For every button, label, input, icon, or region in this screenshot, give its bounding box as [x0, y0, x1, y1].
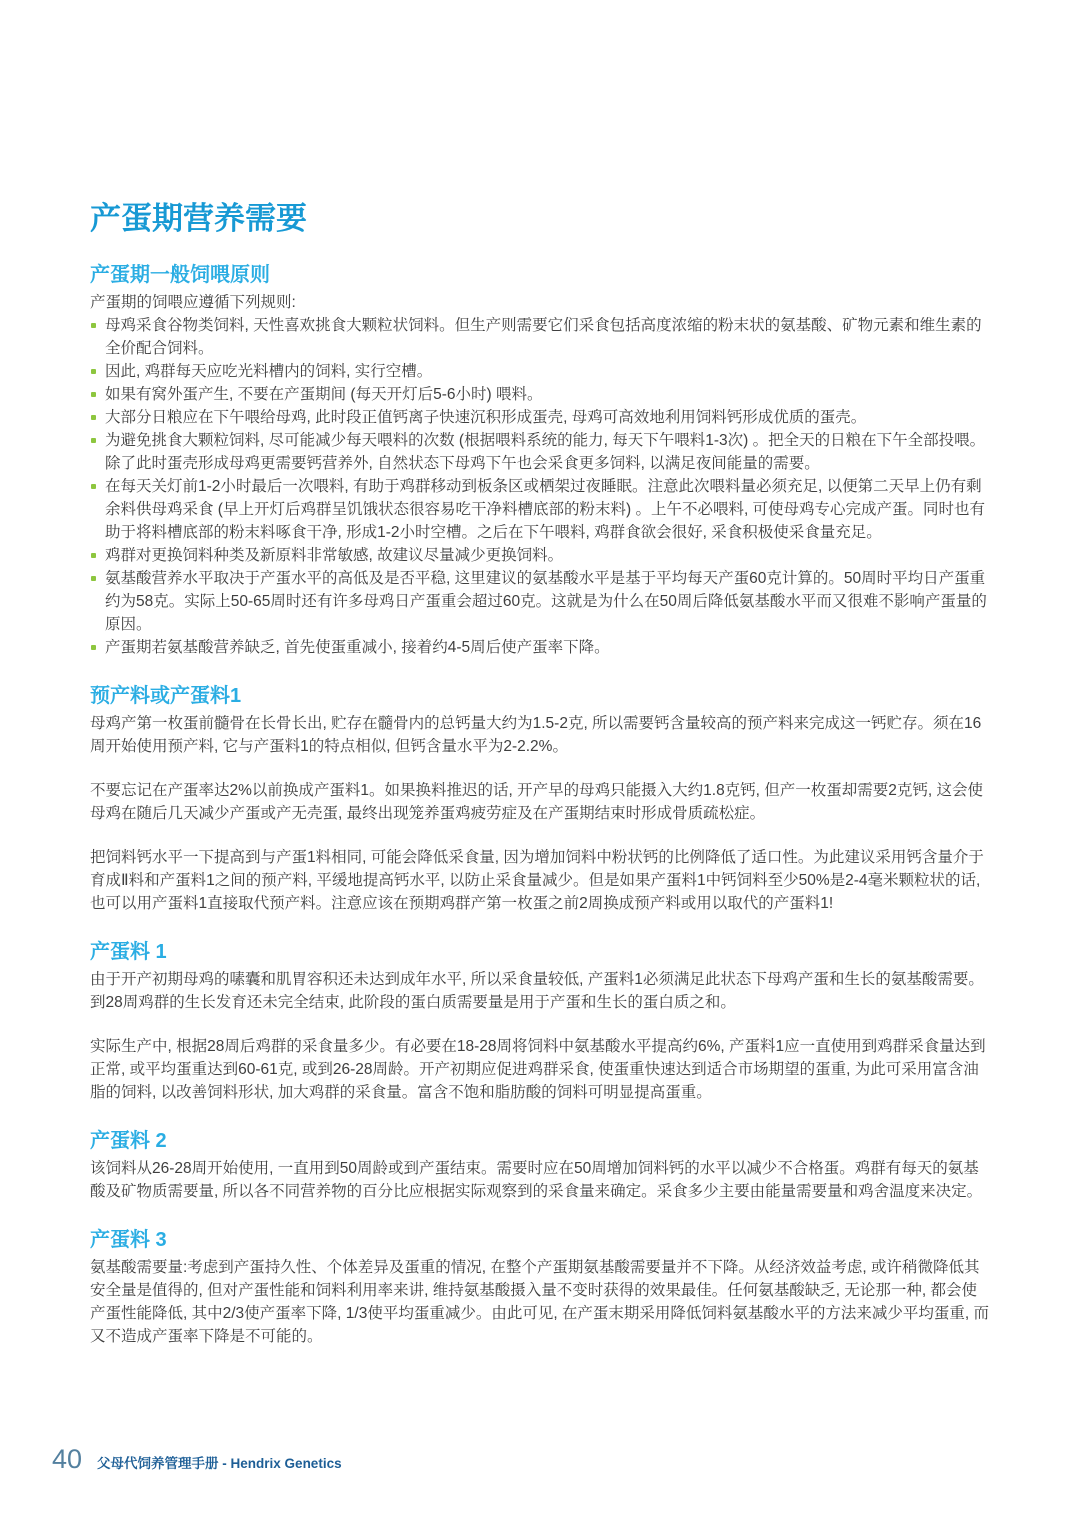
- list-item: 母鸡采食谷物类饲料, 天性喜欢挑食大颗粒状饲料。但生产则需要它们采食包括高度浓缩…: [90, 314, 990, 360]
- list-item-text: 因此, 鸡群每天应吃光料槽内的饲料, 实行空槽。: [105, 363, 432, 380]
- section-heading-layer-feed-3: 产蛋料 3: [90, 1228, 990, 1253]
- paragraph: 实际生产中, 根据28周后鸡群的采食量多少。有必要在18-28周将饲料中氨基酸水…: [90, 1035, 990, 1104]
- bullet-icon: [91, 576, 96, 581]
- section-heading-general-feeding: 产蛋期一般饲喂原则: [90, 263, 990, 288]
- page-content: 产蛋期营养需要 产蛋期一般饲喂原则 产蛋期的饲喂应遵循下列规则: 母鸡采食谷物类…: [90, 200, 990, 1369]
- bullet-icon: [91, 323, 96, 328]
- section-layer-feed-3: 产蛋料 3 氨基酸需要量:考虑到产蛋持久性、个体差异及蛋重的情况, 在整个产蛋期…: [90, 1228, 990, 1348]
- list-item-text: 氨基酸营养水平取决于产蛋水平的高低及是否平稳, 这里建议的氨基酸水平是基于平均每…: [105, 570, 987, 633]
- list-item: 为避免挑食大颗粒饲料, 尽可能减少每天喂料的次数 (根据喂料系统的能力, 每天下…: [90, 429, 990, 475]
- list-item-text: 在每天关灯前1-2小时最后一次喂料, 有助于鸡群移动到板条区或栖架过夜睡眠。注意…: [105, 478, 985, 541]
- section-general-feeding-principles: 产蛋期一般饲喂原则 产蛋期的饲喂应遵循下列规则: 母鸡采食谷物类饲料, 天性喜欢…: [90, 263, 990, 659]
- bullet-icon: [91, 438, 96, 443]
- page-number: 40: [52, 1444, 82, 1475]
- feeding-rules-list: 母鸡采食谷物类饲料, 天性喜欢挑食大颗粒状饲料。但生产则需要它们采食包括高度浓缩…: [90, 314, 990, 659]
- list-item-text: 鸡群对更换饲料种类及新原料非常敏感, 故建议尽量减少更换饲料。: [105, 547, 563, 564]
- paragraph: 氨基酸需要量:考虑到产蛋持久性、个体差异及蛋重的情况, 在整个产蛋期氨基酸需要量…: [90, 1256, 990, 1348]
- list-item: 鸡群对更换饲料种类及新原料非常敏感, 故建议尽量减少更换饲料。: [90, 544, 990, 567]
- list-item-text: 母鸡采食谷物类饲料, 天性喜欢挑食大颗粒状饲料。但生产则需要它们采食包括高度浓缩…: [105, 317, 982, 357]
- list-item: 产蛋期若氨基酸营养缺乏, 首先使蛋重减小, 接着约4-5周后使产蛋率下降。: [90, 636, 990, 659]
- list-item: 因此, 鸡群每天应吃光料槽内的饲料, 实行空槽。: [90, 360, 990, 383]
- section-heading-layer-feed-2: 产蛋料 2: [90, 1129, 990, 1154]
- section-heading-prelay-feed: 预产料或产蛋料1: [90, 684, 990, 709]
- bullet-icon: [91, 484, 96, 489]
- paragraph: 不要忘记在产蛋率达2%以前换成产蛋料1。如果换料推迟的话, 开产早的母鸡只能摄入…: [90, 779, 990, 825]
- list-item: 氨基酸营养水平取决于产蛋水平的高低及是否平稳, 这里建议的氨基酸水平是基于平均每…: [90, 567, 990, 636]
- list-item: 大部分日粮应在下午喂给母鸡, 此时段正值钙离子快速沉积形成蛋壳, 母鸡可高效地利…: [90, 406, 990, 429]
- bullet-icon: [91, 369, 96, 374]
- paragraph: 母鸡产第一枚蛋前髓骨在长骨长出, 贮存在髓骨内的总钙量大约为1.5-2克, 所以…: [90, 712, 990, 758]
- list-item-text: 为避免挑食大颗粒饲料, 尽可能减少每天喂料的次数 (根据喂料系统的能力, 每天下…: [105, 432, 985, 472]
- paragraph: 由于开产初期母鸡的嗉囊和肌胃容积还未达到成年水平, 所以采食量较低, 产蛋料1必…: [90, 968, 990, 1014]
- section-prelay-or-layer1-feed: 预产料或产蛋料1 母鸡产第一枚蛋前髓骨在长骨长出, 贮存在髓骨内的总钙量大约为1…: [90, 684, 990, 915]
- paragraph: 该饲料从26-28周开始使用, 一直用到50周龄或到产蛋结束。需要时应在50周增…: [90, 1157, 990, 1203]
- page-footer: 40 父母代饲养管理手册 - Hendrix Genetics: [52, 1444, 342, 1475]
- paragraph: 把饲料钙水平一下提高到与产蛋1料相同, 可能会降低采食量, 因为增加饲料中粉状钙…: [90, 846, 990, 915]
- list-item-text: 如果有窝外蛋产生, 不要在产蛋期间 (每天开灯后5-6小时) 喂料。: [105, 386, 542, 403]
- section-layer-feed-1: 产蛋料 1 由于开产初期母鸡的嗉囊和肌胃容积还未达到成年水平, 所以采食量较低,…: [90, 940, 990, 1104]
- page-title: 产蛋期营养需要: [90, 200, 990, 238]
- list-item-text: 大部分日粮应在下午喂给母鸡, 此时段正值钙离子快速沉积形成蛋壳, 母鸡可高效地利…: [105, 409, 866, 426]
- bullet-icon: [91, 645, 96, 650]
- bullet-icon: [91, 392, 96, 397]
- footer-manual-title: 父母代饲养管理手册 - Hendrix Genetics: [97, 1452, 342, 1472]
- bullet-icon: [91, 415, 96, 420]
- section-heading-layer-feed-1: 产蛋料 1: [90, 940, 990, 965]
- list-item: 如果有窝外蛋产生, 不要在产蛋期间 (每天开灯后5-6小时) 喂料。: [90, 383, 990, 406]
- list-item: 在每天关灯前1-2小时最后一次喂料, 有助于鸡群移动到板条区或栖架过夜睡眠。注意…: [90, 475, 990, 544]
- section-layer-feed-2: 产蛋料 2 该饲料从26-28周开始使用, 一直用到50周龄或到产蛋结束。需要时…: [90, 1129, 990, 1203]
- bullet-icon: [91, 553, 96, 558]
- intro-text: 产蛋期的饲喂应遵循下列规则:: [90, 291, 990, 314]
- list-item-text: 产蛋期若氨基酸营养缺乏, 首先使蛋重减小, 接着约4-5周后使产蛋率下降。: [105, 639, 610, 656]
